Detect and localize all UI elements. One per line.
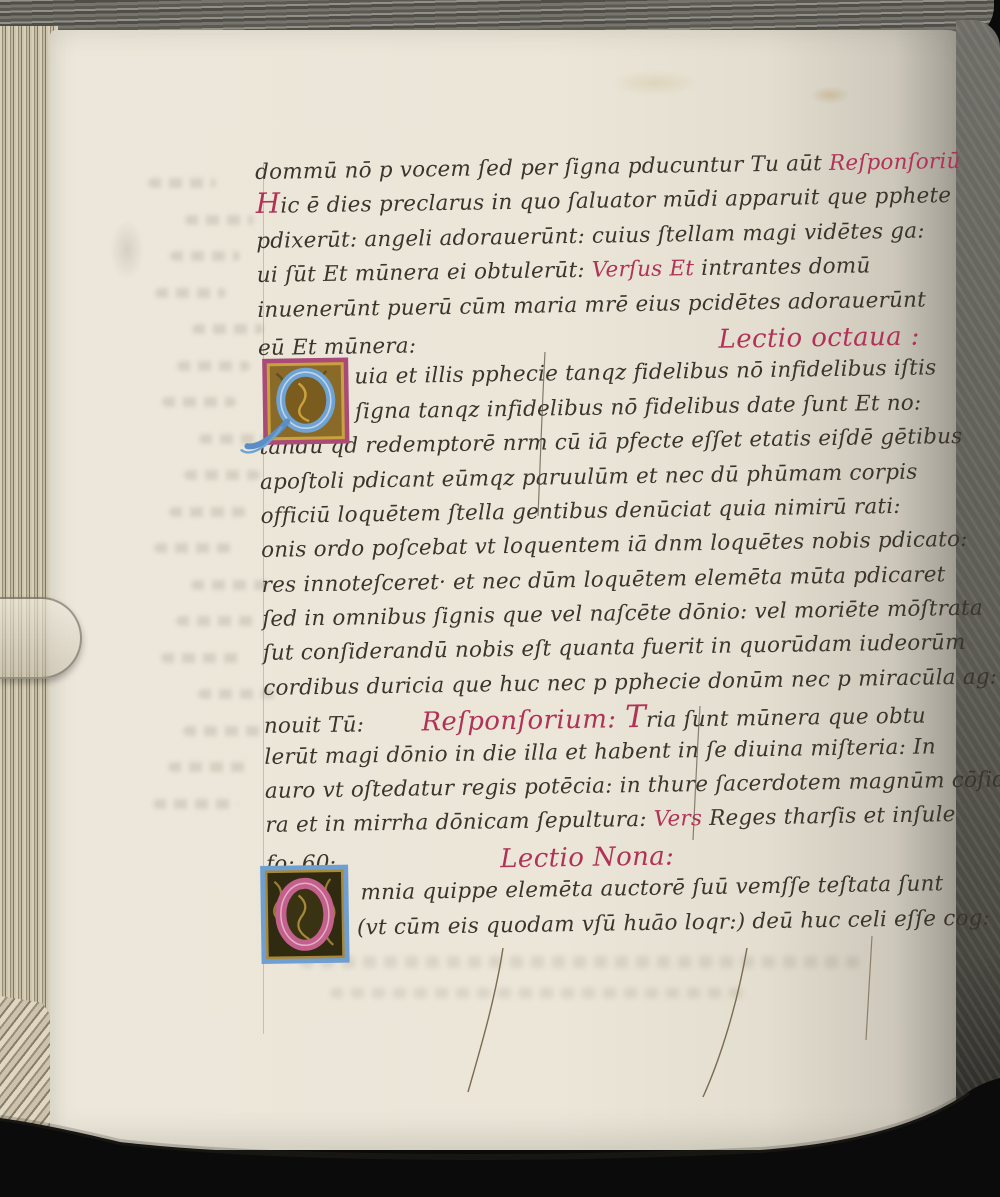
rubric-text: Et [669,256,701,281]
bleedthrough-row [153,799,238,809]
bleedthrough-row [192,324,264,334]
parchment-stain [610,70,700,96]
text-lines: dommū nō p vocem ſed per ſigna pducuntur… [255,150,929,951]
bleedthrough-row [154,543,232,553]
bleedthrough-row [168,762,252,772]
line-spacer [674,860,928,864]
initial-q-art [246,356,368,462]
line-spacer [416,348,718,353]
gutter-page-texture [956,20,1000,1116]
ink-text: ra et in mirrha dōnicam ſepultura: [265,807,654,838]
page-tab-clasp [0,597,82,679]
line-spacer [337,867,501,870]
bleedthrough-row [169,507,246,517]
manuscript-photo: dommū nō p vocem ſed per ſigna pducuntur… [0,0,1000,1197]
ink-text: nouit Tū: [264,712,372,739]
parchment-stain [110,220,144,280]
rubric-text: Vers [654,806,710,832]
bleedthrough-row [330,988,750,998]
bleedthrough-row [191,580,270,590]
rubric-text: Lectio Nona: [500,841,675,874]
parchment-stain [810,86,850,104]
bleedthrough-row [177,361,250,371]
bleedthrough-row [300,956,860,968]
rubric-text: Reſponſorium: [421,705,625,738]
rubric-text: Reſponſoriū [829,149,961,176]
bleedthrough-row [155,288,226,298]
bleedthrough-row [170,251,240,261]
rubric-text: Lectio octaua : [718,322,920,355]
ink-text: ria ſunt mūnera que obtu [646,704,926,733]
bleedthrough-row [184,470,260,480]
rubric-text: Verſus [592,257,670,283]
ink-text: ui ſūt Et mūnera ei obtulerūt: [257,258,592,288]
bleedthrough-row [148,178,216,188]
bleedthrough-row [162,397,236,407]
initial-o-art [258,863,356,968]
bleedthrough-row [185,215,254,225]
gutter-shadow [956,20,1000,1116]
line-spacer [371,731,421,732]
ink-text: Reges tharſis et inſule [709,802,956,831]
ink-text: intrantes domū [701,254,871,282]
bleedthrough-row [183,726,266,736]
bleedthrough-row [176,616,256,626]
text-block: dommū nō p vocem ſed per ſigna pducuntur… [255,150,929,951]
illuminated-initial-q: Q [246,356,368,462]
bleedthrough-row [161,653,242,663]
illuminated-initial-o: O [258,863,356,968]
